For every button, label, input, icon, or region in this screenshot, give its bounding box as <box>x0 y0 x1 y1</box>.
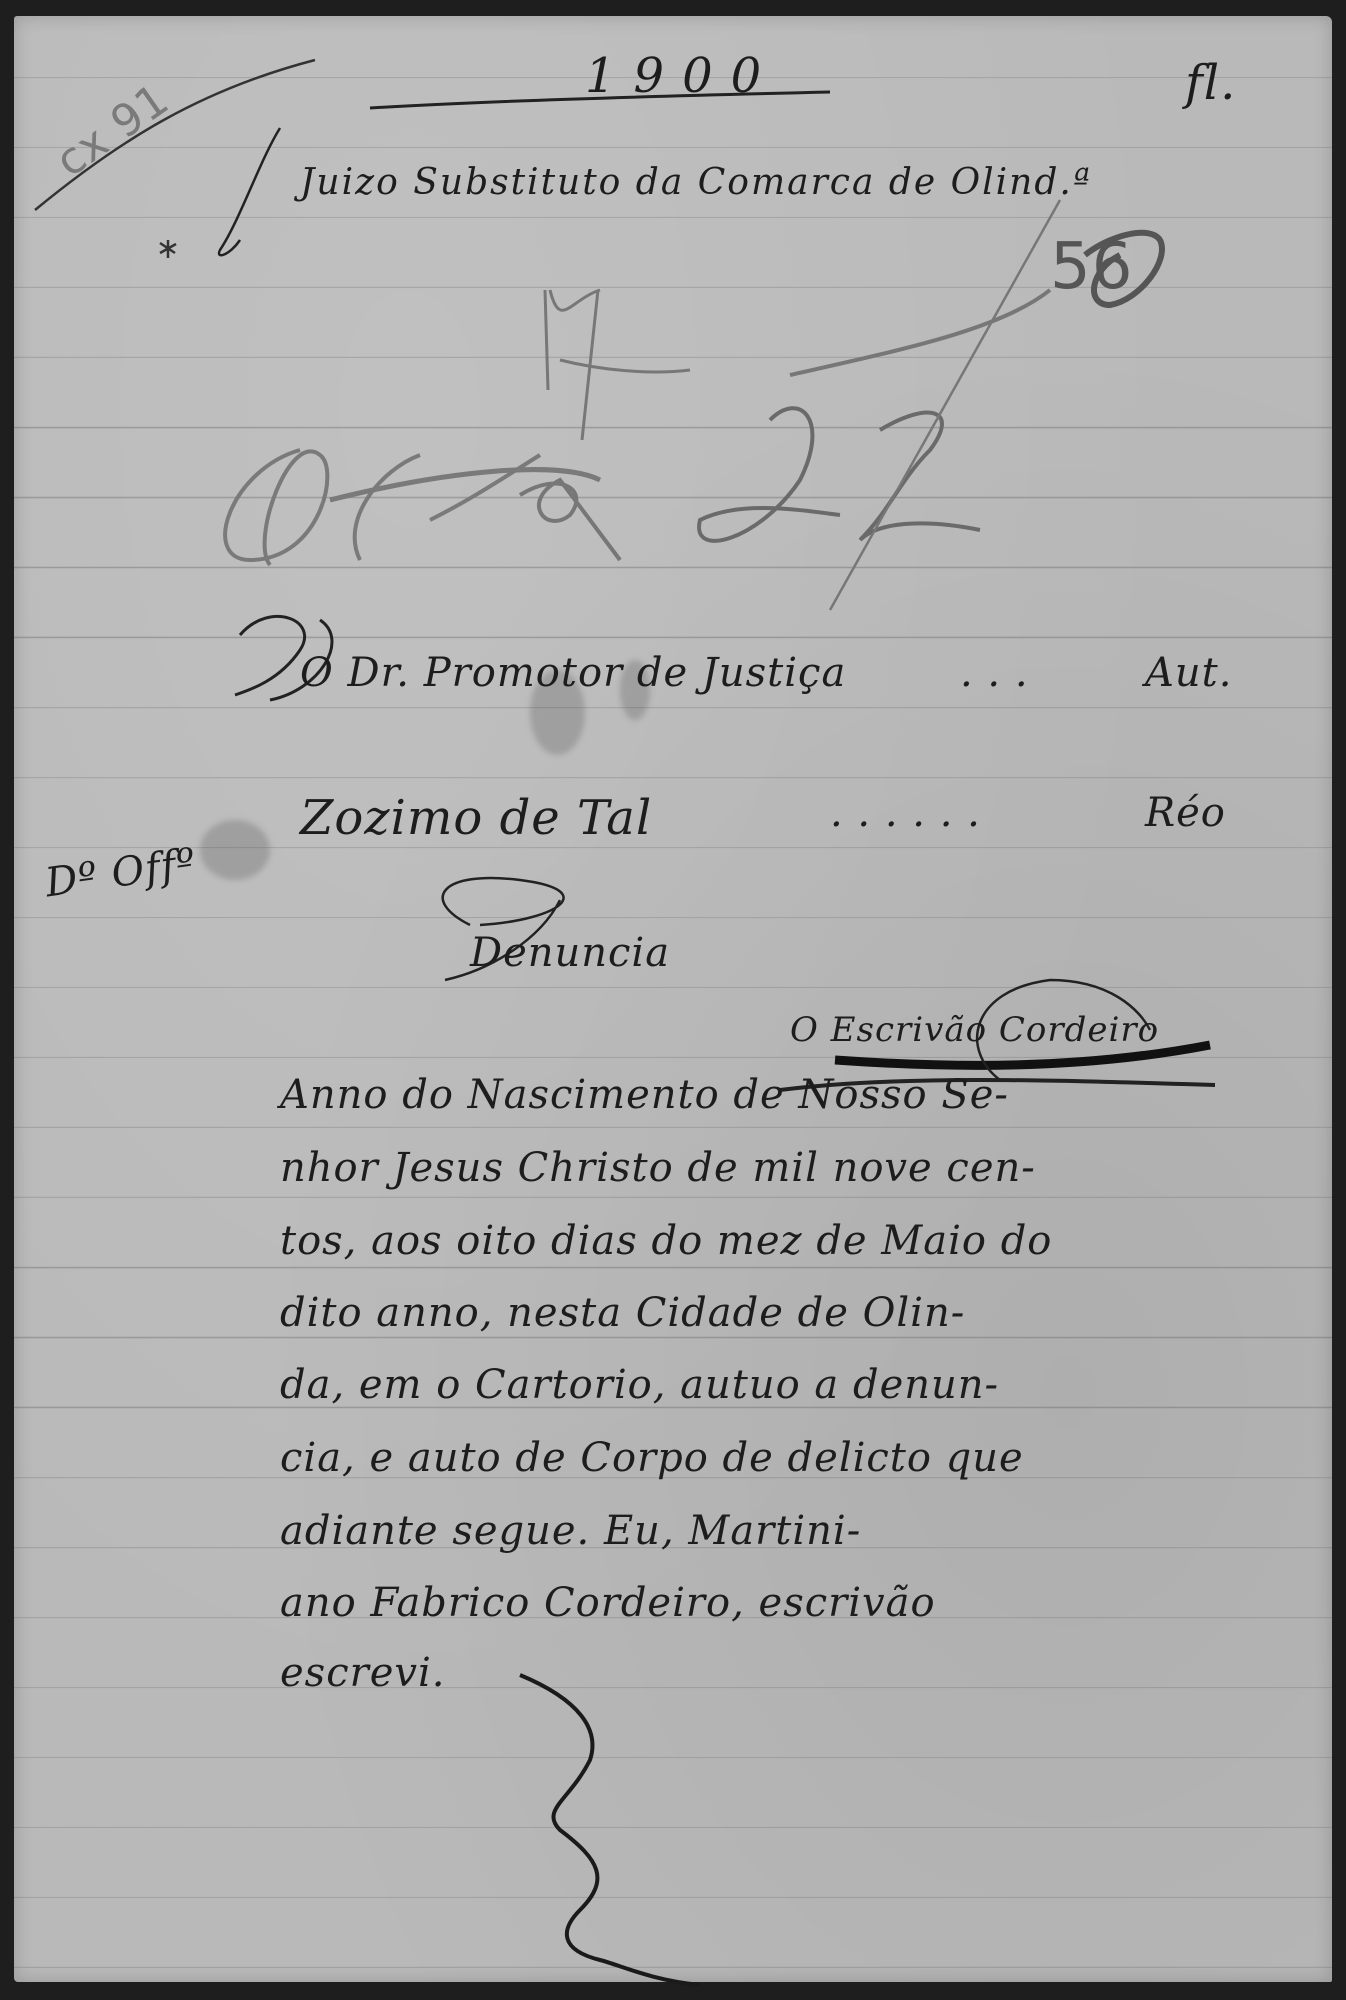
body-line: cia, e auto de Corpo de delicto que <box>280 1435 1024 1481</box>
clerk-heading: O Escrivão Cordeiro <box>790 1010 1159 1050</box>
defendant-name: Zozimo de Tal <box>300 790 652 846</box>
body-line: ano Fabrico Cordeiro, escrivão <box>280 1580 936 1626</box>
body-line: tos, aos oito dias do mez de Maio do <box>280 1218 1052 1264</box>
folio-number: fl. <box>1185 55 1236 111</box>
document-year: 1900 <box>585 48 779 104</box>
body-line: Anno do Nascimento de Nosso Se- <box>280 1072 1009 1118</box>
body-line: dito anno, nesta Cidade de Olin- <box>280 1290 965 1336</box>
court-name: Juizo Substituto da Comarca de Olind.ª <box>300 162 1092 203</box>
body-line: da, em o Cartorio, autuo a denun- <box>280 1362 999 1408</box>
plaintiff-role: Aut. <box>1145 650 1232 696</box>
defendant-dots: . . . . . . <box>830 790 981 836</box>
body-line: adiante segue. Eu, Martini- <box>280 1508 861 1554</box>
plaintiff-name: O Dr. Promotor de Justiça <box>300 650 846 696</box>
defendant-role: Réo <box>1145 790 1226 836</box>
handwriting-strokes <box>0 0 1346 2000</box>
plaintiff-dots: . . . <box>960 650 1029 696</box>
case-pencil-annotation: 56 <box>1050 230 1133 304</box>
body-line: nhor Jesus Christo de mil nove cen- <box>280 1145 1036 1191</box>
document-title: Denuncia <box>470 930 670 976</box>
body-line: escrevi. <box>280 1650 446 1696</box>
